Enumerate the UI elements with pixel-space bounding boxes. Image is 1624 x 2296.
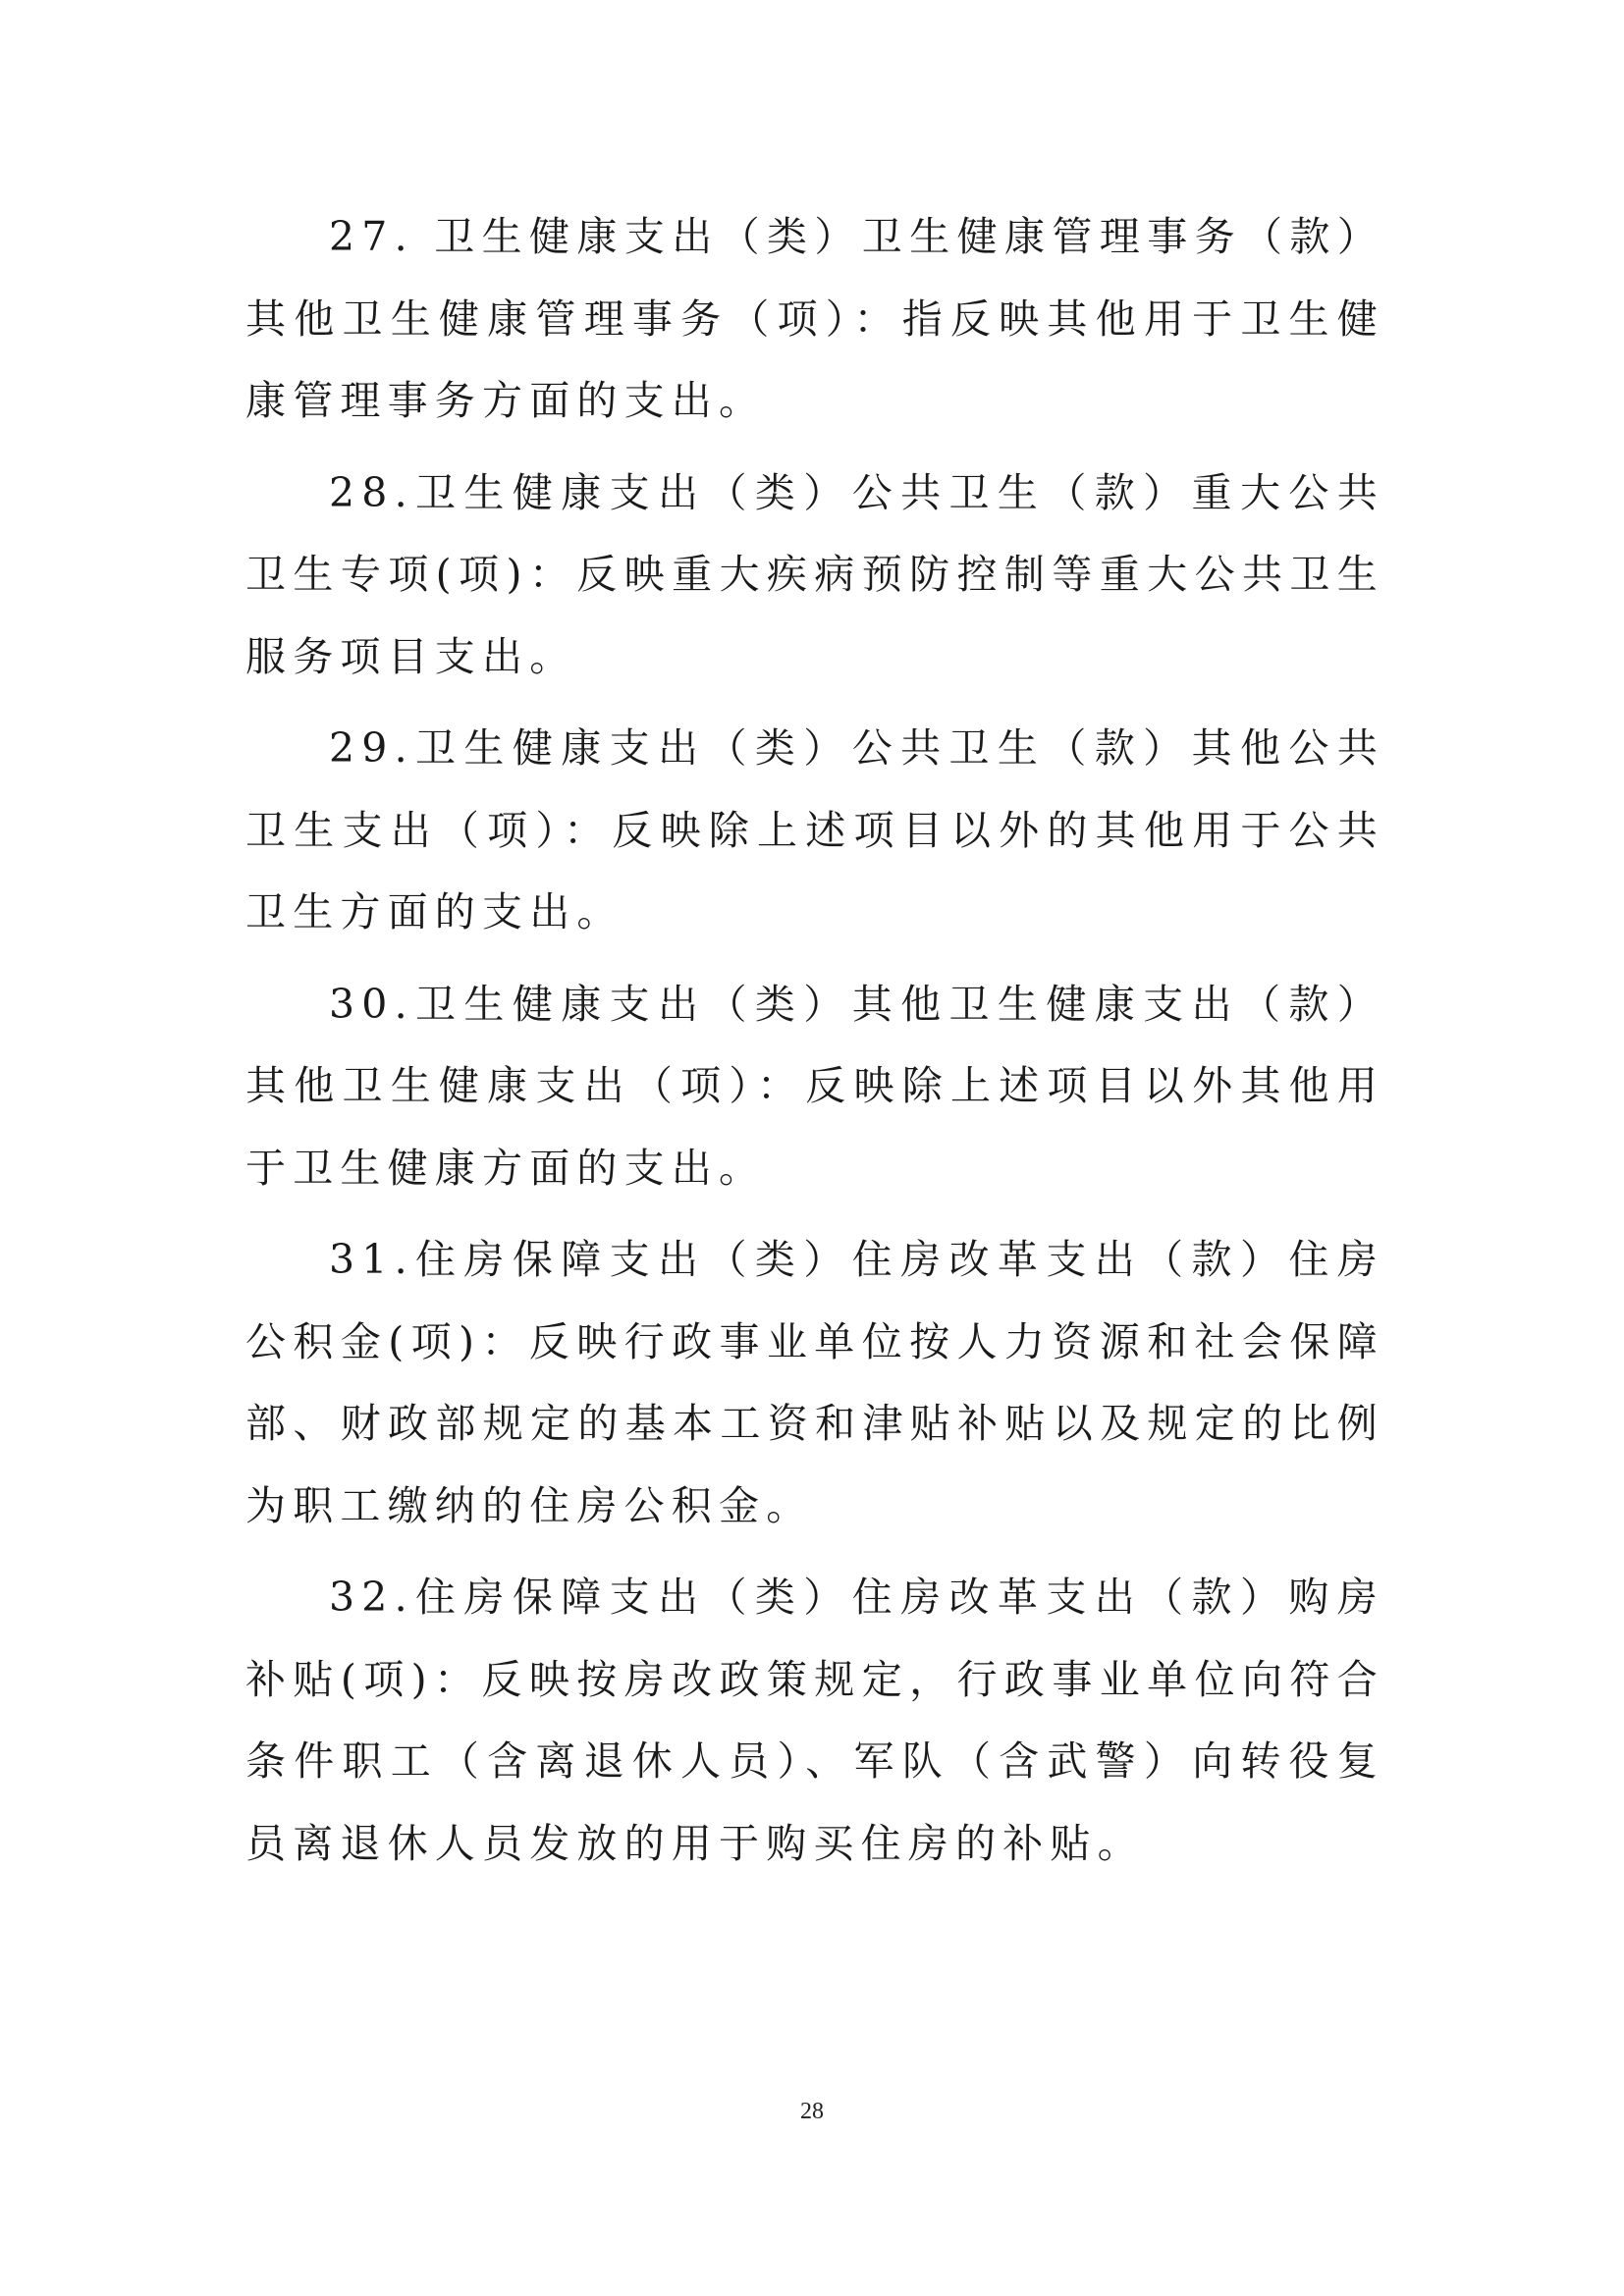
paragraph-item-27: 27. 卫生健康支出（类）卫生健康管理事务（款）其他卫生健康管理事务（项）：指反… <box>245 196 1384 443</box>
paragraph-item-28: 28.卫生健康支出（类）公共卫生（款）重大公共卫生专项(项)：反映重大疾病预防控… <box>245 453 1384 699</box>
document-page: 27. 卫生健康支出（类）卫生健康管理事务（款）其他卫生健康管理事务（项）：指反… <box>0 0 1624 2296</box>
document-body: 27. 卫生健康支出（类）卫生健康管理事务（款）其他卫生健康管理事务（项）：指反… <box>245 196 1384 1895</box>
paragraph-item-30: 30.卫生健康支出（类）其他卫生健康支出（款）其他卫生健康支出（项）：反映除上述… <box>245 964 1384 1210</box>
paragraph-item-31: 31.住房保障支出（类）住房改革支出（款）住房公积金(项)：反映行政事业单位按人… <box>245 1219 1384 1547</box>
paragraph-item-29: 29.卫生健康支出（类）公共卫生（款）其他公共卫生支出（项）：反映除上述项目以外… <box>245 708 1384 954</box>
paragraph-item-32: 32.住房保障支出（类）住房改革支出（款）购房补贴(项)：反映按房改政策规定，行… <box>245 1557 1384 1885</box>
page-number: 28 <box>0 2099 1624 2125</box>
